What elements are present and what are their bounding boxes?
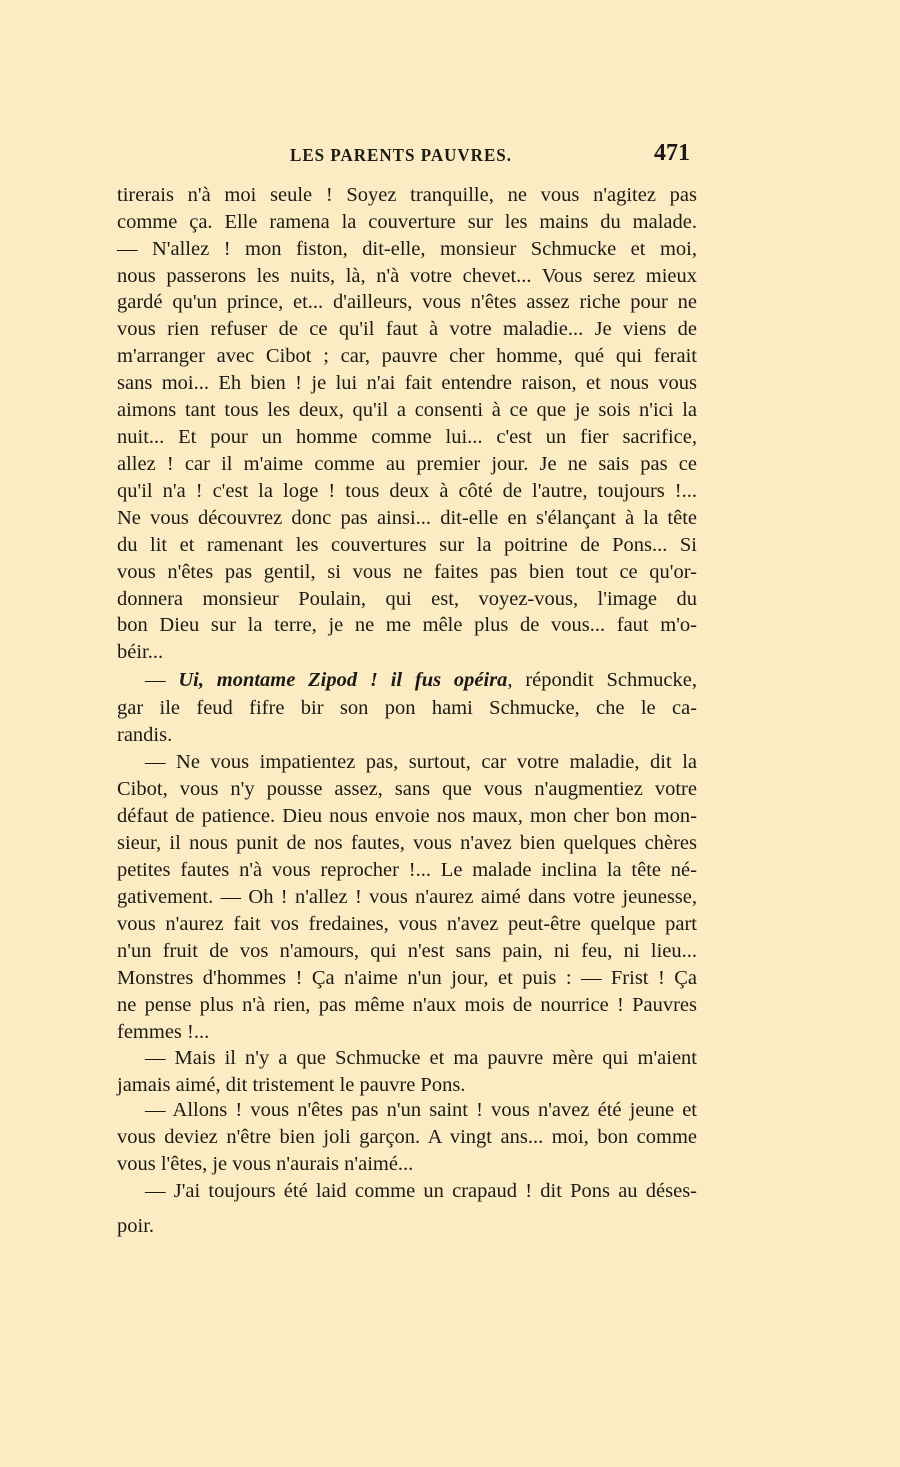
text-line: vous rien refuser de ce qu'il faut à vot… <box>117 316 697 342</box>
dialogue-dash: — <box>145 669 178 691</box>
text-line: tirerais n'à moi seule ! Soyez tranquill… <box>117 182 697 208</box>
text-line: ne pense plus n'à rien, pas même n'aux m… <box>117 992 697 1018</box>
text-line: — Allons ! vous n'êtes pas n'un saint ! … <box>145 1097 697 1123</box>
text-line: du lit et ramenant les couvertures sur l… <box>117 532 697 558</box>
book-page: LES PARENTS PAUVRES. 471 tirerais n'à mo… <box>0 0 900 1467</box>
text-line: vous n'aurez fait vos fredaines, vous n'… <box>117 911 697 937</box>
running-head: LES PARENTS PAUVRES. <box>290 146 512 167</box>
text-line: m'arranger avec Cibot ; car, pauvre cher… <box>117 343 697 369</box>
text-line: Ne vous découvrez donc pas ainsi... dit-… <box>117 505 697 531</box>
text-line: sans moi... Eh bien ! je lui n'ai fait e… <box>117 370 697 396</box>
text-line: poir. <box>117 1213 697 1239</box>
text-line: — N'allez ! mon fiston, dit-elle, monsie… <box>117 236 697 262</box>
text-line: qu'il n'a ! c'est la loge ! tous deux à … <box>117 478 697 504</box>
dialect-line-2: gar ile feud fifre bir son pon hami Schm… <box>117 695 697 721</box>
text-line: nuit... Et pour un homme comme lui... c'… <box>117 424 697 450</box>
page-number: 471 <box>654 140 690 167</box>
text-line: sieur, il nous punit de nos fautes, vous… <box>117 830 697 856</box>
text-line: gativement. — Oh ! n'allez ! vous n'aure… <box>117 884 697 910</box>
text-line: — Mais il n'y a que Schmucke et ma pauvr… <box>145 1045 697 1071</box>
text-line: petites fautes n'à vous reprocher !... L… <box>117 857 697 883</box>
text-line: bon Dieu sur la terre, je ne me mêle plu… <box>117 612 697 638</box>
dialect-italic: Ui, montame Zipod ! il fus opéira <box>178 669 507 691</box>
text-line: vous l'êtes, je vous n'aurais n'aimé... <box>117 1151 697 1177</box>
text-line: défaut de patience. Dieu nous envoie nos… <box>117 803 697 829</box>
dialect-line-3: randis. <box>117 722 697 748</box>
text-line: n'un fruit de vos n'amours, qui n'est sa… <box>117 938 697 964</box>
text-line: donnera monsieur Poulain, qui est, voyez… <box>117 586 697 612</box>
text-line: vous deviez n'être bien joli garçon. A v… <box>117 1124 697 1150</box>
text-line: Monstres d'hommes ! Ça n'aime n'un jour,… <box>117 965 697 991</box>
dialect-attribution: , répondit Schmucke, <box>507 669 697 691</box>
text-line: — Ne vous impatientez pas, surtout, car … <box>145 749 697 775</box>
text-line: vous n'êtes pas gentil, si vous ne faite… <box>117 559 697 585</box>
text-line: gardé qu'un prince, et... d'ailleurs, vo… <box>117 289 697 315</box>
text-line: Cibot, vous n'y pousse assez, sans que v… <box>117 776 697 802</box>
dialect-line-1: — Ui, montame Zipod ! il fus opéira, rép… <box>145 667 697 693</box>
text-line: aimons tant tous les deux, qu'il a conse… <box>117 397 697 423</box>
text-line: béir... <box>117 639 697 665</box>
text-line: jamais aimé, dit tristement le pauvre Po… <box>117 1072 697 1098</box>
text-line: allez ! car il m'aime comme au premier j… <box>117 451 697 477</box>
text-line: — J'ai toujours été laid comme un crapau… <box>145 1178 697 1204</box>
text-line: comme ça. Elle ramena la couverture sur … <box>117 209 697 235</box>
text-line: nous passerons les nuits, là, n'à votre … <box>117 263 697 289</box>
text-line: femmes !... <box>117 1019 697 1045</box>
